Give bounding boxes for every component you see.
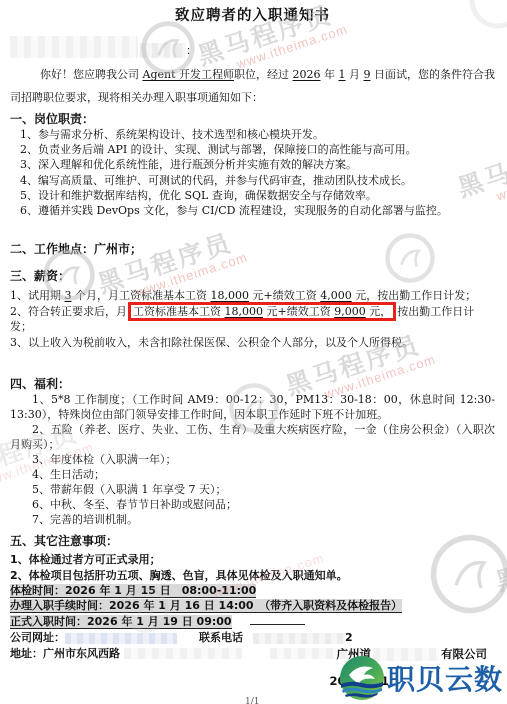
interview-year: 2026: [293, 68, 321, 81]
note-item: 1、体检通过者方可正式录用；: [10, 552, 495, 567]
salary-text: 元+绩效工资: [249, 289, 320, 302]
physical-exam-time: 体检时间：2026 年 1 月 15 日 08:00-11:00: [10, 584, 256, 598]
probation-bonus: 4,000: [320, 289, 352, 302]
red-highlight-box: 工资标准基本工资 18,000 元+绩效工资 9,000 元，: [128, 302, 396, 321]
salary-list: 1、试用期 3 个月，月工资标准基本工资 18,000 元+绩效工资 4,000…: [10, 288, 495, 350]
offer-letter-document: 黑马程序员 www.itheima.com 黑马程序员 www.itheima.…: [0, 0, 507, 704]
interview-day: 9: [364, 68, 371, 81]
phone-tail-digit: 2: [345, 631, 353, 644]
duty-item: 5、设计和维护数据库结构，优化 SQL 查询，确保数据安全与存储效率。: [20, 188, 495, 203]
section-heading-location: 二、工作地点：广州市；: [10, 242, 495, 257]
redacted-phone: [253, 633, 345, 644]
benefit-item: 3、年度体检（入职满一年）；: [10, 452, 495, 467]
note-item: 2、体检项目包括肝功五项、胸透、色盲，具体见体检及入职通知单。: [10, 568, 495, 583]
start-date: 正式入职时间：2026 年 1 月 19 日 09:00: [10, 615, 232, 629]
benefits-list: 1、5*8 工作制度；（工作时间 AM9：00-12：30，PM13：30-18…: [10, 392, 495, 527]
salary-text: 元，按出勤工作日计发；: [352, 289, 477, 302]
redacted-website: [65, 633, 177, 644]
benefit-item: 6、中秋、冬至、春节节日补助或慰问品；: [10, 497, 495, 512]
duty-item: 1、参与需求分析、系统架构设计、技术选型和核心模块开发。: [20, 127, 495, 142]
page-number: 1/1: [245, 697, 259, 704]
probation-months: 3: [65, 289, 72, 302]
benefit-item: 2、五险（养老、医疗、失业、工伤、生育）及重大疾病医疗险，一金（住房公积金）（入…: [10, 422, 495, 452]
zhibei-logo-text: 职贝云数: [387, 658, 503, 698]
regular-base-salary: 18,000: [225, 305, 264, 318]
redacted-address: [124, 648, 242, 659]
greeting-text: 年: [321, 68, 339, 81]
section-heading-duties: 一、岗位职责：: [10, 112, 495, 127]
section-heading-benefits: 四、福利：: [10, 377, 495, 392]
zhibei-logo: 职贝云数: [339, 655, 503, 701]
document-title: 致应聘者的入职通知书: [10, 8, 495, 23]
blank-underline: [250, 614, 305, 625]
phone-label: 联系电话: [199, 631, 243, 644]
salary-tax-line: 3、以上收入为税前收入，未含扣除社保医保、公积金个人部分，以及个人所得税。: [10, 335, 495, 351]
position-name: Agent 开发工程师: [143, 68, 235, 81]
section-heading-notes: 五、其它注意事项：: [10, 534, 495, 549]
greeting-text: 月: [346, 68, 364, 81]
benefit-item: 7、完善的培训机制。: [10, 512, 495, 527]
duties-list: 1、参与需求分析、系统架构设计、技术选型和核心模块开发。 2、负责业务后端 AP…: [10, 127, 495, 218]
salary-regular-line: 2、符合转正要求后，月工资标准基本工资 18,000 元+绩效工资 9,000 …: [10, 304, 495, 335]
benefit-item: 4、生日活动；: [10, 467, 495, 482]
greeting-text: 职位，经过: [234, 68, 293, 81]
salary-text: 元，: [366, 305, 392, 318]
greeting-text: 你好！您应聘我公司: [40, 68, 143, 81]
salary-text: 元+绩效工资: [263, 305, 334, 318]
redacted-recipient-name: [10, 36, 138, 58]
document-body: 致应聘者的入职通知书 ： 你好！您应聘我公司 Agent 开发工程师职位，经过 …: [0, 0, 507, 661]
website-phone-line: 公司网址：联系电话2: [10, 630, 495, 645]
duty-item: 6、遵循并实践 DevOps 文化，参与 CI/CD 流程建设，实现服务的自动化…: [20, 203, 495, 218]
duty-item: 4、编写高质量、可维护、可测试的代码，并参与代码审查，推动团队技术成长。: [20, 173, 495, 188]
interview-month: 1: [339, 68, 346, 81]
duty-item: 3、深入理解和优化系统性能，进行瓶颈分析并实施有效的解决方案。: [20, 157, 495, 172]
salary-text: 个月，月工资标准基本工资: [72, 289, 211, 302]
start-date-line: 正式入职时间：2026 年 1 月 19 日 09:00: [10, 614, 495, 629]
benefit-item: 1、5*8 工作制度；（工作时间 AM9：00-12：30，PM13：30-18…: [10, 392, 495, 422]
recipient-colon: ：: [186, 43, 197, 58]
benefit-item: 5、带薪年假（入职满 1 年享受 7 天）；: [10, 482, 495, 497]
salary-text: 1、试用期: [10, 289, 65, 302]
section-heading-salary: 三、薪资：: [10, 269, 495, 284]
salary-text: 工资标准基本工资: [133, 305, 225, 318]
recipient-line: ：: [10, 32, 495, 58]
notes-list: 1、体检通过者方可正式录用； 2、体检项目包括肝功五项、胸透、色盲，具体见体检及…: [10, 552, 495, 661]
probation-base-salary: 18,000: [211, 289, 250, 302]
onboarding-procedure-time: 办理入职手续时间：2026 年 1 月 16 日 14:00 （带齐入职资料及体…: [10, 599, 402, 613]
greeting-paragraph: 你好！您应聘我公司 Agent 开发工程师职位，经过 2026 年 1 月 9 …: [10, 63, 495, 109]
zhibei-logo-icon: [339, 655, 385, 701]
physical-exam-time-line: 体检时间：2026 年 1 月 15 日 08:00-11:00: [10, 583, 495, 598]
address-prefix: 地址：广州市东风西路: [10, 647, 120, 660]
website-label: 公司网址：: [10, 631, 65, 644]
duty-item: 2、负责业务后端 API 的设计、实现、测试与部署，保障接口的高性能与高可用。: [20, 142, 495, 157]
onboarding-procedure-time-line: 办理入职手续时间：2026 年 1 月 16 日 14:00 （带齐入职资料及体…: [10, 598, 495, 613]
redacted-recipient-name: [140, 43, 186, 58]
salary-text: 2、符合转正要求后，月: [10, 305, 127, 318]
regular-bonus: 9,000: [334, 305, 366, 318]
